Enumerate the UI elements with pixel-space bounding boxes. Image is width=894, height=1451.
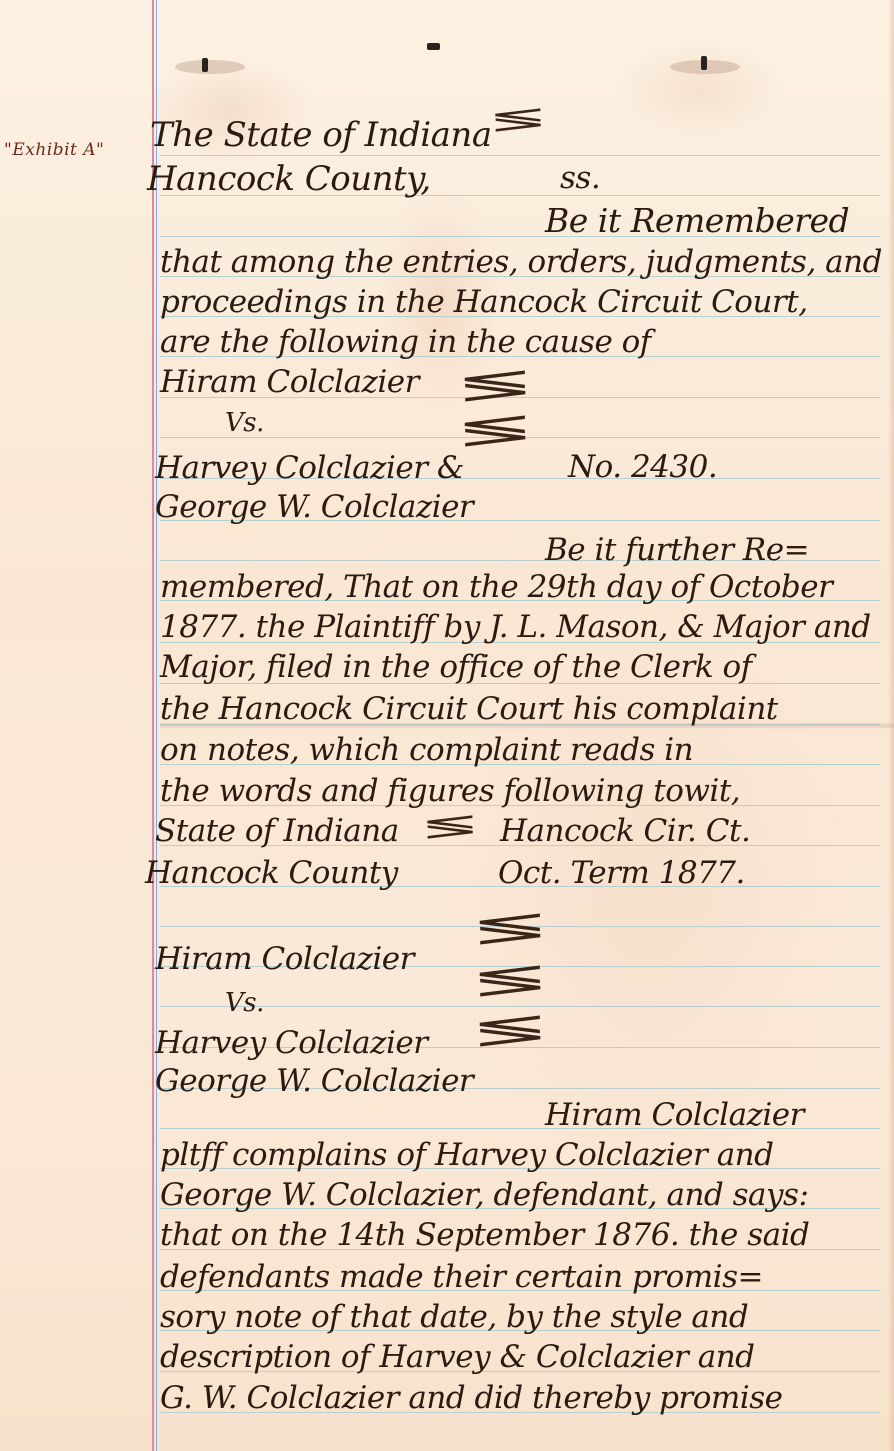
brace-icon: ≶ (488, 105, 548, 135)
text-line: on notes, which complaint reads in (160, 735, 693, 766)
text-line: Be it further Re= (545, 535, 809, 566)
margin-line-red (152, 0, 154, 1451)
text-line: description of Harvey & Colclazier and (160, 1342, 755, 1373)
plaintiff-name: Hiram Colclazier (155, 944, 414, 975)
text-line: Be it Remembered (545, 204, 849, 237)
defendant-name: George W. Colclazier (155, 492, 473, 523)
defendant-name: Harvey Colclazier (155, 1028, 428, 1059)
brace-icon: ≶ (455, 365, 535, 405)
text-line: G. W. Colclazier and did thereby promise (160, 1383, 782, 1414)
staple-hole-icon (701, 56, 707, 70)
text-line: 1877. the Plaintiff by J. L. Mason, & Ma… (160, 612, 871, 643)
brace-icon: ≶ (470, 1010, 550, 1050)
margin-line-blue (156, 0, 157, 1451)
text-line: that on the 14th September 1876. the sai… (160, 1220, 809, 1251)
brace-icon: ≶ (420, 812, 480, 842)
defendant-name: George W. Colclazier (155, 1066, 473, 1097)
text-line: membered, That on the 29th day of Octobe… (160, 572, 832, 603)
case-number: No. 2430. (568, 452, 717, 483)
caption-county: Hancock County, (147, 162, 431, 196)
caption-ss: ss. (560, 163, 600, 194)
text-line: Major, filed in the office of the Clerk … (160, 652, 752, 683)
text-line: pltff complains of Harvey Colclazier and (160, 1140, 774, 1171)
caption-county: Hancock County (145, 858, 398, 889)
defendant-name: Harvey Colclazier & (155, 453, 464, 484)
text-line: proceedings in the Hancock Circuit Court… (160, 287, 808, 318)
text-line: the Hancock Circuit Court his complaint (160, 694, 778, 725)
plaintiff-name: Hiram Colclazier (545, 1100, 804, 1131)
brace-icon: ≶ (470, 908, 550, 948)
text-line: that among the entries, orders, judgment… (160, 247, 882, 278)
text-line: are the following in the cause of (160, 327, 651, 358)
caption-state: State of Indiana (155, 816, 399, 847)
text-line: defendants made their certain promis= (160, 1262, 763, 1293)
court-term: Oct. Term 1877. (498, 858, 745, 889)
staple-hole-icon (427, 43, 440, 50)
text-line: the words and figures following towit, (160, 776, 740, 807)
court-name: Hancock Cir. Ct. (500, 816, 750, 847)
brace-icon: ≶ (455, 410, 535, 450)
plaintiff-name: Hiram Colclazier (160, 367, 419, 398)
brace-icon: ≶ (470, 960, 550, 1000)
exhibit-label: "Exhibit A" (4, 140, 104, 160)
text-line: sory note of that date, by the style and (160, 1302, 748, 1333)
text-line: George W. Colclazier, defendant, and say… (160, 1180, 808, 1211)
versus-label: Vs. (225, 410, 264, 436)
paper-edge (888, 0, 894, 1451)
versus-label: Vs. (225, 990, 264, 1016)
staple-hole-icon (202, 58, 208, 72)
caption-state: The State of Indiana (150, 118, 492, 152)
